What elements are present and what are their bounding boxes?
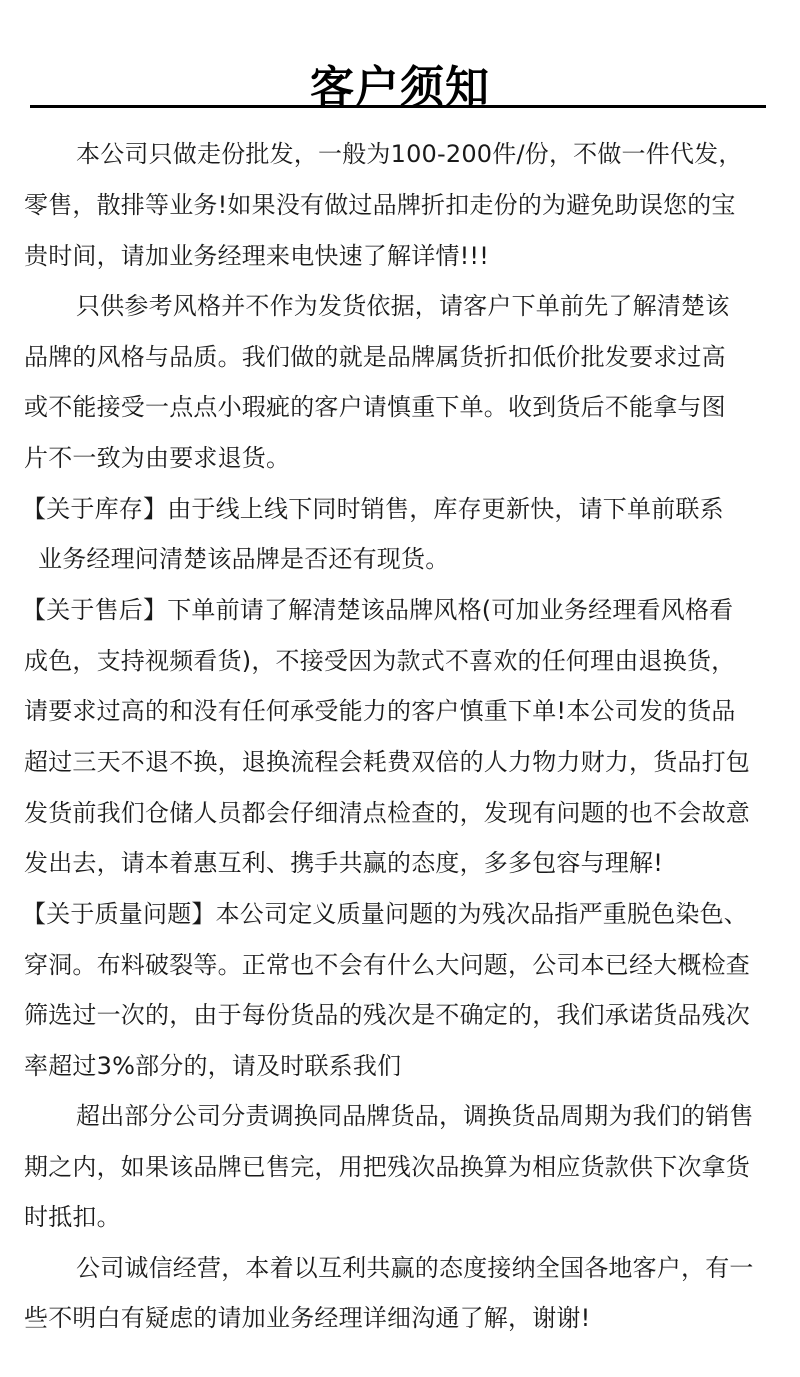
- text-line: 零售，散排等业务!如果没有做过品牌折扣走份的为避免助误您的宝: [24, 187, 736, 223]
- text-line: 本公司只做走份批发，一般为100-200件/份，不做一件代发，: [76, 136, 743, 172]
- text-line: 请要求过高的和没有任何承受能力的客户慎重下单!本公司发的货品: [24, 693, 736, 729]
- text-line: 期之内，如果该品牌已售完，用把残次品换算为相应货款供下次拿货: [24, 1149, 750, 1185]
- text-line: 发出去，请本着惠互利、携手共赢的态度，多多包容与理解!: [24, 845, 663, 881]
- text-line: 公司诚信经营，本着以互利共赢的态度接纳全国各地客户，有一: [76, 1250, 754, 1286]
- text-line: 片不一致为由要求退货。: [24, 440, 290, 476]
- text-line: 业务经理问清楚该品牌是否还有现货。: [38, 541, 449, 577]
- text-line: 贵时间，请加业务经理来电快速了解详情!!!: [24, 238, 489, 274]
- page-title: 客户须知: [0, 57, 800, 119]
- text-line: 超出部分公司分责调换同品牌货品，调换货品周期为我们的销售: [76, 1098, 754, 1134]
- text-line: 【关于售后】下单前请了解清楚该品牌风格(可加业务经理看风格看: [22, 592, 733, 628]
- text-line: 些不明白有疑虑的请加业务经理详细沟通了解，谢谢!: [24, 1300, 590, 1336]
- text-line: 【关于质量问题】本公司定义质量问题的为残次品指严重脱色染色、: [22, 896, 748, 932]
- text-line: 率超过3%部分的，请及时联系我们: [24, 1048, 401, 1084]
- text-line: 穿洞。布料破裂等。正常也不会有什么大问题，公司本已经大概检查: [24, 947, 750, 983]
- text-line: 或不能接受一点点小瑕疵的客户请慎重下单。收到货后不能拿与图: [24, 389, 726, 425]
- text-line: 【关于库存】由于线上线下同时销售，库存更新快，请下单前联系: [22, 491, 724, 527]
- text-line: 筛选过一次的，由于每份货品的残次是不确定的，我们承诺货品残次: [24, 997, 750, 1033]
- text-line: 成色，支持视频看货)，不接受因为款式不喜欢的任何理由退换货，: [24, 643, 735, 679]
- text-line: 时抵扣。: [24, 1199, 121, 1235]
- text-line: 超过三天不退不换，退换流程会耗费双倍的人力物力财力，货品打包: [24, 744, 750, 780]
- title-divider: [30, 105, 766, 108]
- text-line: 品牌的风格与品质。我们做的就是品牌属货折扣低价批发要求过高: [24, 339, 726, 375]
- text-line: 只供参考风格并不作为发货依据，请客户下单前先了解清楚该: [76, 288, 729, 324]
- text-line: 发货前我们仓储人员都会仔细清点检查的，发现有问题的也不会故意: [24, 795, 750, 831]
